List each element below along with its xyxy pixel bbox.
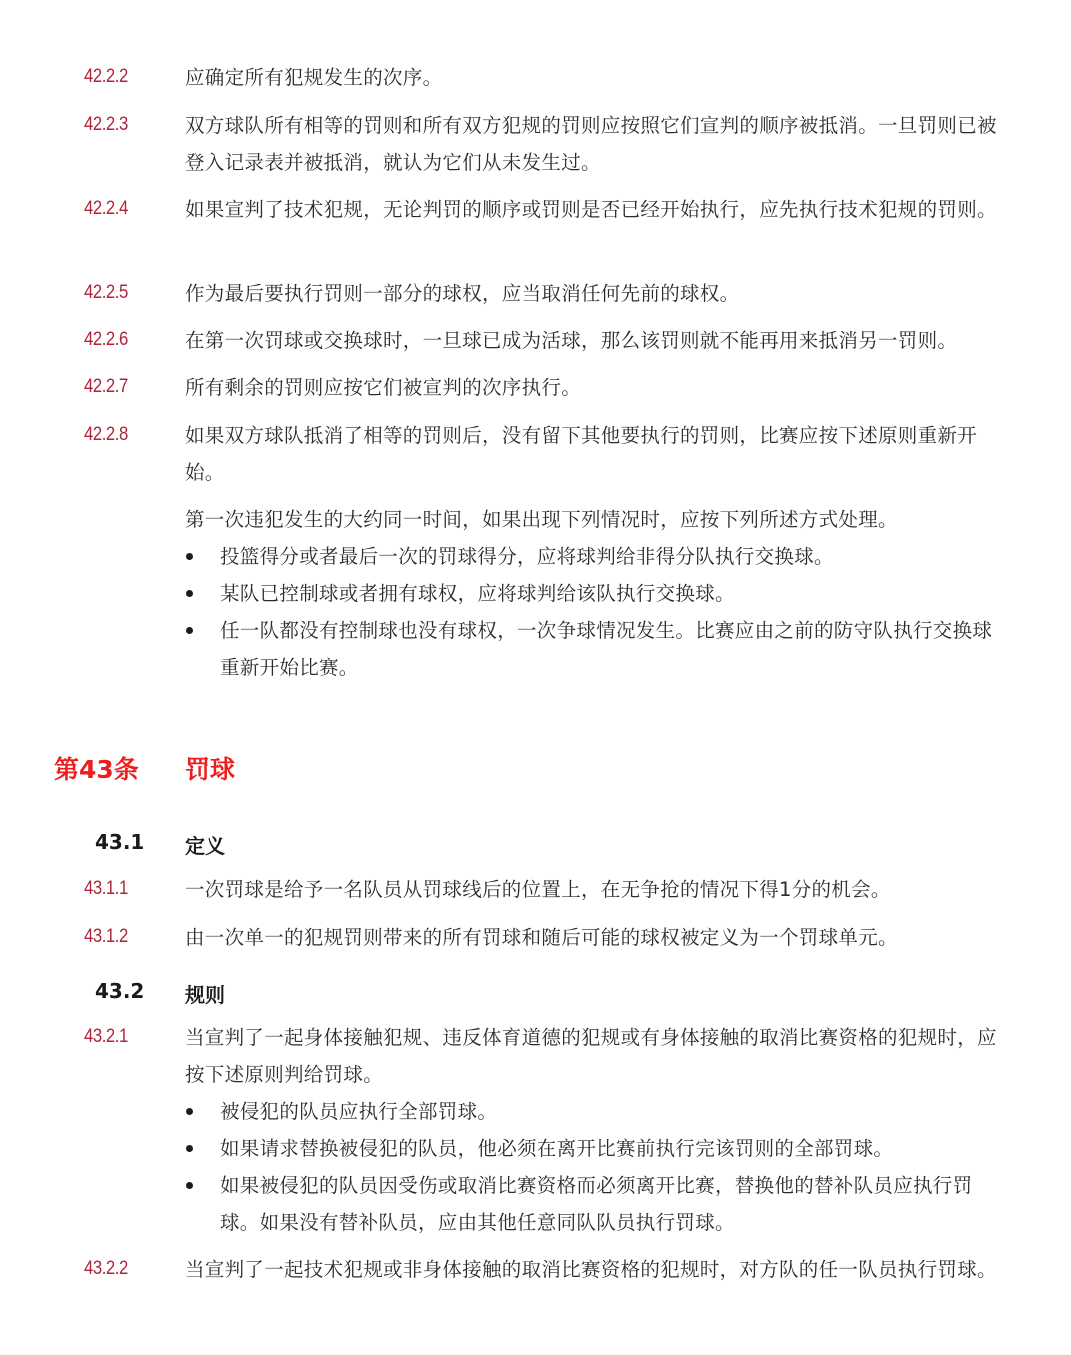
clause-number: 43.2.2 [84,1258,128,1280]
article-number: 第43条 [54,750,139,786]
clause-text: 在第一次罚球或交换球时，一旦球已成为活球，那么该罚则就不能再用来抵消另一罚则。 [185,322,1000,359]
bullet-list: 被侵犯的队员应执行全部罚球。 如果请求替换被侵犯的队员，他必须在离开比赛前执行完… [185,1093,1000,1241]
clause-text: 由一次单一的犯规罚则带来的所有罚球和随后可能的球权被定义为一个罚球单元。 [185,919,1000,956]
bullet-icon [186,627,193,634]
clause-number: 42.2.7 [84,376,128,398]
bullet-list: 投篮得分或者最后一次的罚球得分，应将球判给非得分队执行交换球。 某队已控制球或者… [185,538,1000,686]
section-title: 规则 [185,979,225,1008]
clause-text: 双方球队所有相等的罚则和所有双方犯规的罚则应按照它们宣判的顺序被抵消。一旦罚则已… [185,107,1000,181]
bullet-item: 如果请求替换被侵犯的队员，他必须在离开比赛前执行完该罚则的全部罚球。 [185,1130,1000,1167]
clause-number: 43.2.1 [84,1026,128,1048]
clause-text: 如果双方球队抵消了相等的罚则后，没有留下其他要执行的罚则，比赛应按下述原则重新开… [185,417,1000,491]
clause-number: 42.2.8 [84,424,128,446]
section-number: 43.1 [95,830,144,854]
clause-number: 43.1.2 [84,926,128,948]
bullet-icon [186,1108,193,1115]
article-title: 罚球 [185,750,235,786]
clause-number: 43.1.1 [84,878,128,900]
clause-number: 42.2.4 [84,198,128,220]
clause-number: 42.2.2 [84,66,128,88]
bullet-icon [186,553,193,560]
bullet-item: 任一队都没有控制球也没有球权，一次争球情况发生。比赛应由之前的防守队执行交换球重… [185,612,1000,686]
clause-intro: 第一次违犯发生的大约同一时间，如果出现下列情况时，应按下列所述方式处理。 [185,501,1000,538]
clause-number: 42.2.5 [84,282,128,304]
clause-text: 作为最后要执行罚则一部分的球权，应当取消任何先前的球权。 [185,275,1000,312]
clause-text: 当宣判了一起技术犯规或非身体接触的取消比赛资格的犯规时，对方队的任一队员执行罚球… [185,1251,1000,1288]
clause-text: 如果宣判了技术犯规，无论判罚的顺序或罚则是否已经开始执行，应先执行技术犯规的罚则… [185,191,1000,228]
clause-text: 当宣判了一起身体接触犯规、违反体育道德的犯规或有身体接触的取消比赛资格的犯规时，… [185,1019,1000,1093]
section-title: 定义 [185,830,225,859]
bullet-icon [186,1145,193,1152]
bullet-item: 投篮得分或者最后一次的罚球得分，应将球判给非得分队执行交换球。 [185,538,1000,575]
clause-number: 42.2.6 [84,329,128,351]
bullet-item: 某队已控制球或者拥有球权，应将球判给该队执行交换球。 [185,575,1000,612]
clause-text: 所有剩余的罚则应按它们被宣判的次序执行。 [185,369,1000,406]
bullet-item: 如果被侵犯的队员因受伤或取消比赛资格而必须离开比赛，替换他的替补队员应执行罚球。… [185,1167,1000,1241]
bullet-icon [186,590,193,597]
bullet-icon [186,1182,193,1189]
clause-number: 42.2.3 [84,114,128,136]
clause-text: 一次罚球是给予一名队员从罚球线后的位置上，在无争抢的情况下得1分的机会。 [185,871,1000,908]
clause-text: 应确定所有犯规发生的次序。 [185,59,1000,96]
section-number: 43.2 [95,979,144,1003]
bullet-item: 被侵犯的队员应执行全部罚球。 [185,1093,1000,1130]
